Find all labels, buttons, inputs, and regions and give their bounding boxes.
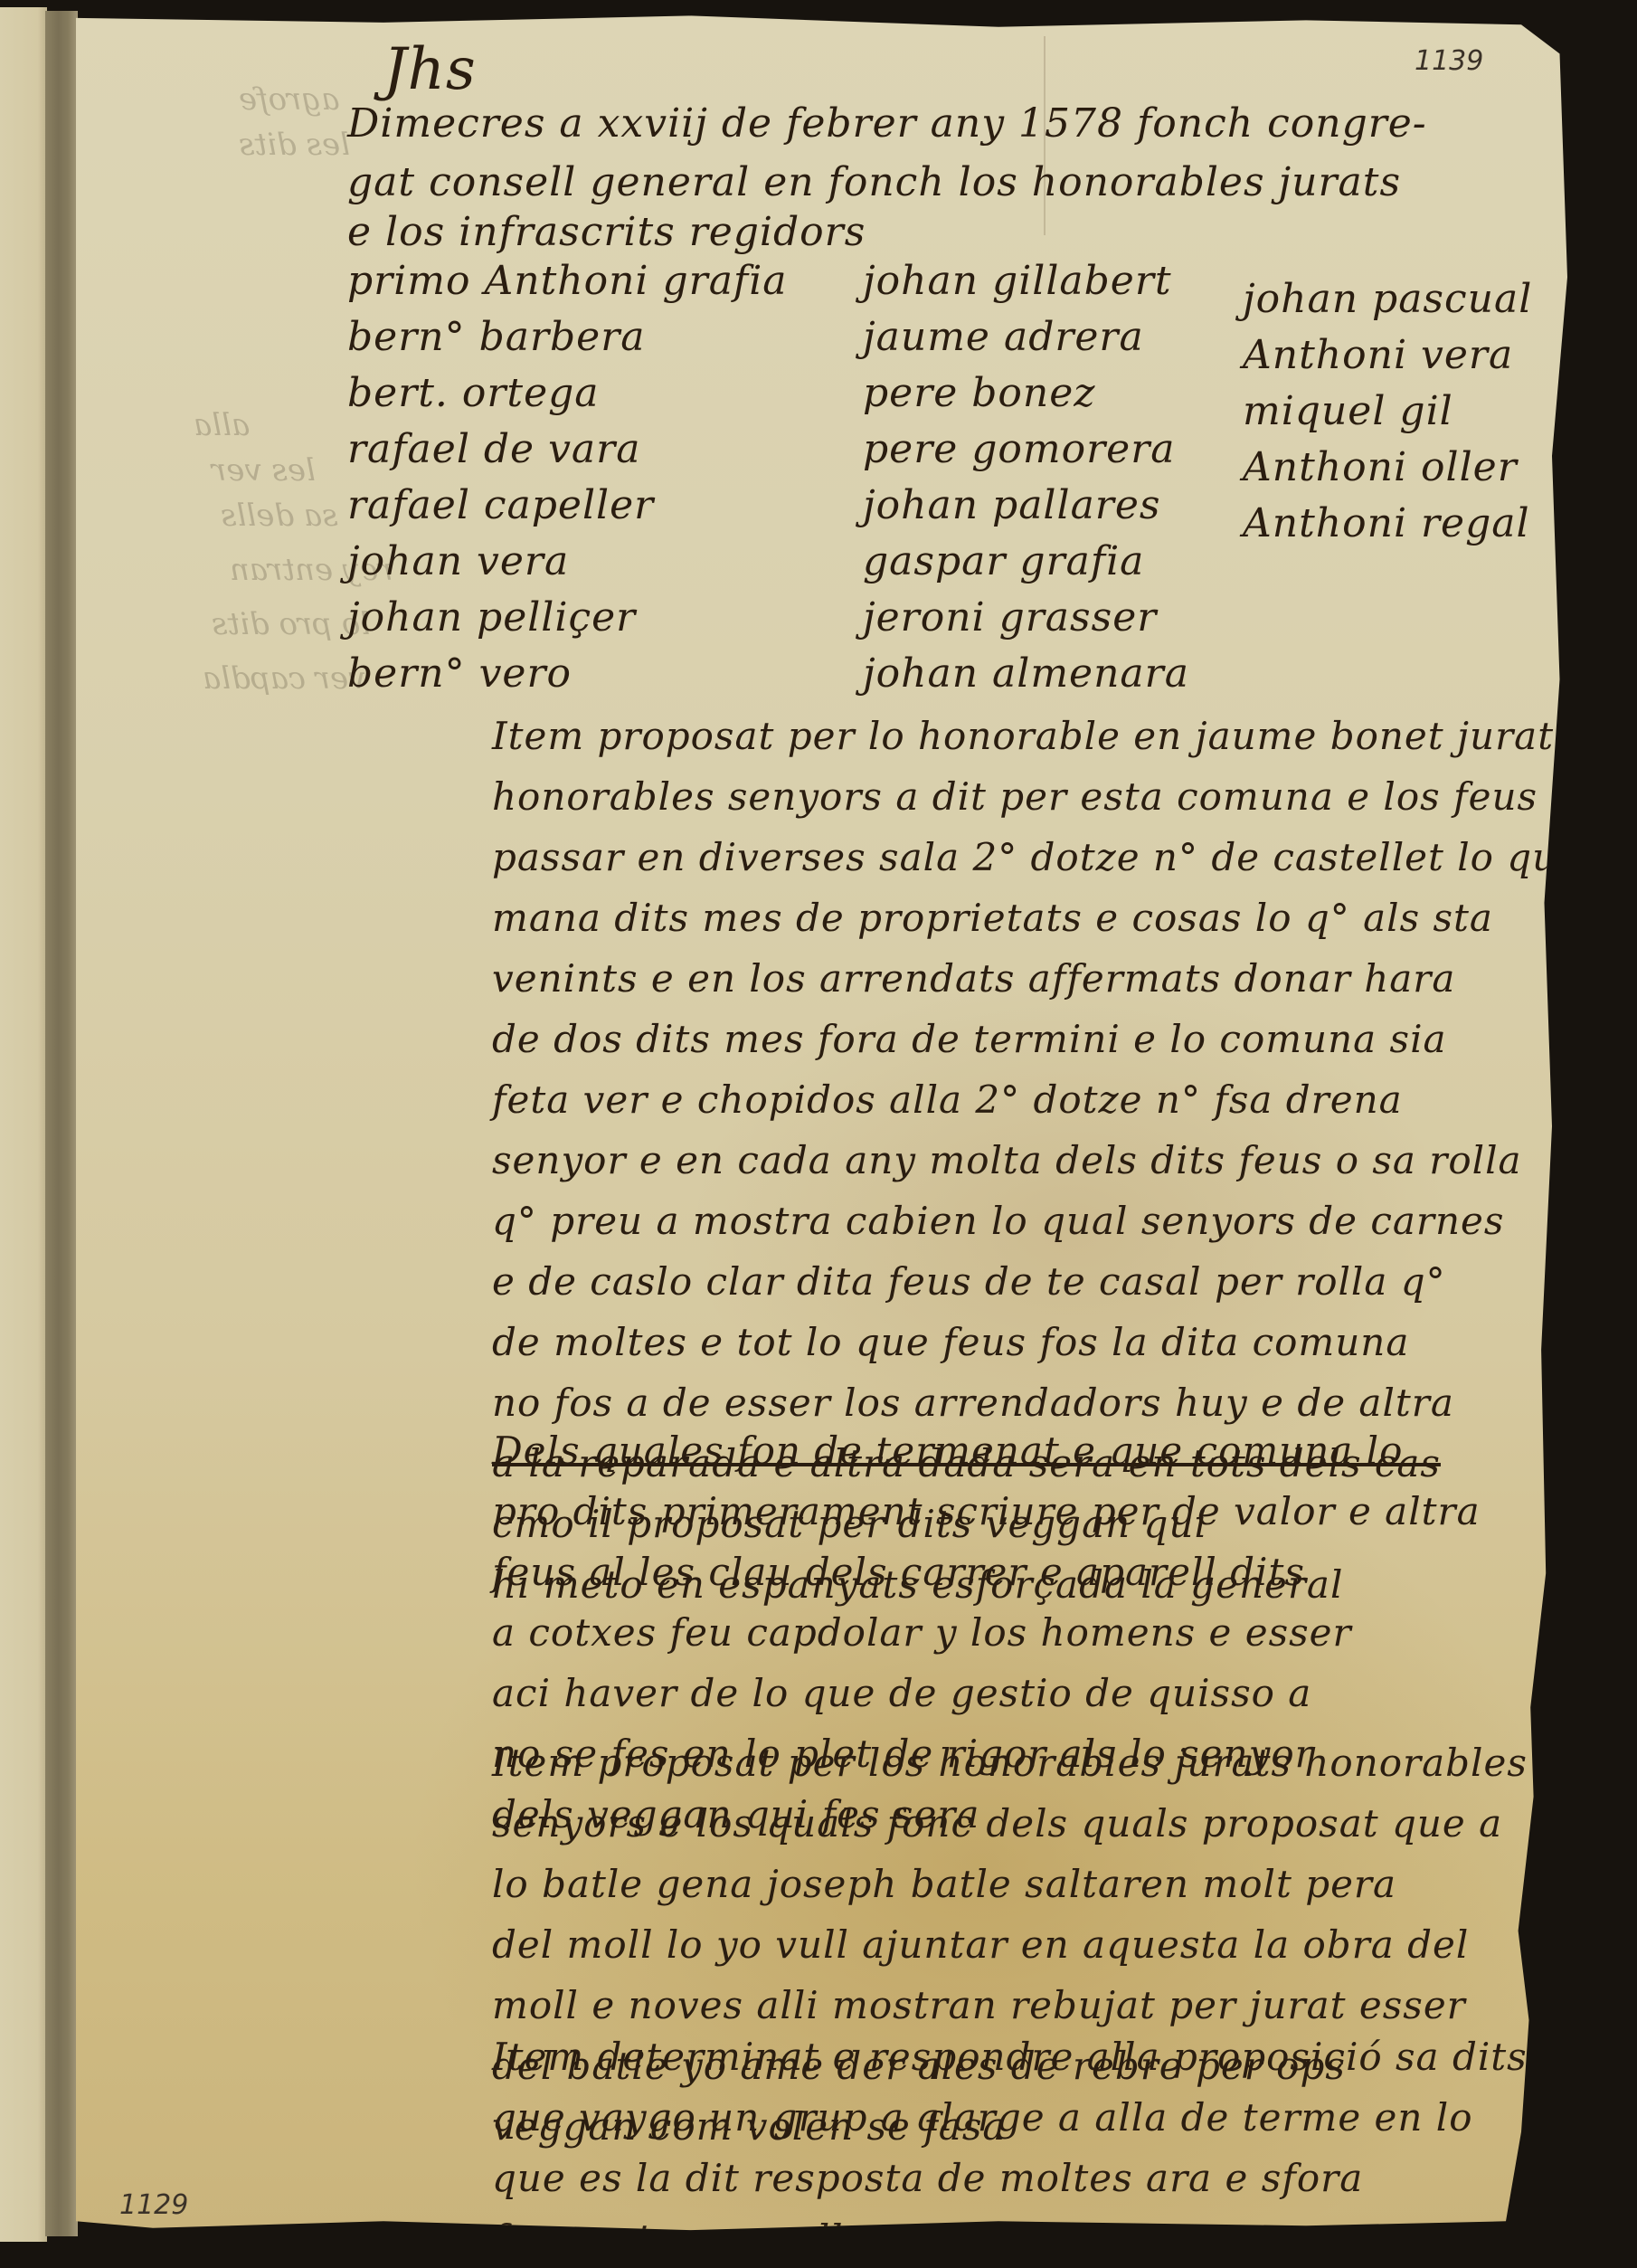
- attendee-name: jeroni grasser: [863, 590, 1189, 646]
- attendee-name: bern° barbera: [347, 309, 788, 365]
- attendee-name: johan pelliçer: [347, 590, 788, 646]
- attendee-column-1: primo Anthoni grafia bern° barbera bert.…: [347, 253, 788, 702]
- bleed-through-text: sa dells: [221, 498, 338, 534]
- attendee-name: bern° vero: [347, 646, 788, 702]
- text-line: mana dits mes de proprietats e cosas lo …: [492, 887, 1577, 948]
- attendee-name: rafael capeller: [347, 478, 788, 534]
- manuscript-leaf: agrofe les dits alla les ver sa dells re…: [76, 9, 1613, 2244]
- text-line: Item proposat per lo honorable en jaume …: [492, 706, 1577, 766]
- text-line: pro dits primerament scriure per de valo…: [492, 1481, 1577, 1542]
- folio-number-top: 1139: [1415, 45, 1483, 77]
- text-line: Item proposat per los honorables jurats …: [492, 1732, 1577, 1793]
- attendee-name: johan gillabert: [863, 253, 1189, 309]
- facing-page-edge: [0, 7, 47, 2242]
- bleed-through-text: alla: [194, 407, 250, 443]
- bleed-through-text: agrofe: [239, 81, 339, 118]
- text-line: que es la dit resposta de moltes ara e s…: [492, 2148, 1577, 2208]
- text-line: a cotxes feu capdolar y los homens e ess…: [492, 1602, 1577, 1663]
- attendee-name: pere gomorera: [863, 422, 1189, 478]
- text-line: feta ver e chopidos alla 2° dotze n° fsa…: [492, 1069, 1577, 1130]
- text-line: fer gent o consellers: [492, 2208, 1577, 2268]
- text-line: aci haver de lo que de gestio de quisso …: [492, 1663, 1577, 1723]
- text-line: de moltes e tot lo que feus fos la dita …: [492, 1312, 1577, 1372]
- attendee-name: rafael de vara: [347, 422, 788, 478]
- attendee-name: Anthoni regal: [1243, 496, 1532, 552]
- text-line: honorables senyors a dit per esta comuna…: [492, 766, 1577, 827]
- bleed-through-text: les dits: [239, 127, 350, 163]
- binding-gutter: [45, 11, 78, 2236]
- text-line: Item determinat e respondre alla proposi…: [492, 2026, 1577, 2087]
- text-line: passar en diverses sala 2° dotze n° de c…: [492, 827, 1577, 887]
- attendee-name: johan almenara: [863, 646, 1189, 702]
- text-line: lo batle gena joseph batle saltaren molt…: [492, 1854, 1577, 1914]
- text-line: q° preu a mostra cabien lo qual senyors …: [492, 1191, 1577, 1251]
- text-line: senyors e los quals fonc dels quals prop…: [492, 1793, 1577, 1854]
- attendee-name: johan vera: [347, 534, 788, 590]
- text-line: venints e en los arrendats affermats don…: [492, 948, 1577, 1009]
- attendee-name: Anthoni vera: [1243, 327, 1532, 384]
- attendee-name: johan pallares: [863, 478, 1189, 534]
- attendee-name: miquel gil: [1243, 384, 1532, 440]
- bleed-through-text: les ver: [212, 452, 316, 489]
- text-line: de dos dits mes fora de termini e lo com…: [492, 1009, 1577, 1069]
- text-line: Dels quales fon de termenat e que comuna…: [492, 1420, 1577, 1481]
- attendee-column-2: johan gillabert jaume adrera pere bonez …: [863, 253, 1189, 702]
- bleed-through-text: lo pro dits: [212, 606, 370, 642]
- attendee-column-3: johan pascual Anthoni vera miquel gil An…: [1243, 271, 1532, 552]
- attendee-name: Anthoni oller: [1243, 440, 1532, 496]
- text-line: del moll lo yo vull ajuntar en aquesta l…: [492, 1914, 1577, 1975]
- bleed-through-text: ver capdla: [203, 660, 365, 697]
- attendee-name: gaspar grafia: [863, 534, 1189, 590]
- text-line: senyor e en cada any molta dels dits feu…: [492, 1130, 1577, 1191]
- header-line: Dimecres a xxviij de febrer any 1578 fon…: [347, 95, 1427, 153]
- folio-number-bottom: 1129: [119, 2189, 188, 2221]
- attendee-name: jaume adrera: [863, 309, 1189, 365]
- attendee-name: bert. ortega: [347, 365, 788, 422]
- text-line: e de caslo clar dita feus de te casal pe…: [492, 1251, 1577, 1312]
- paragraph-resolution-2: Item determinat e respondre alla proposi…: [492, 2026, 1577, 2268]
- attendee-name: johan pascual: [1243, 271, 1532, 327]
- text-line: feus al les clau dels carrer e aparell d…: [492, 1542, 1577, 1602]
- attendee-name: pere bonez: [863, 365, 1189, 422]
- attendee-name: primo Anthoni grafia: [347, 253, 788, 309]
- text-line: que vaygo un grup a alarge a alla de ter…: [492, 2087, 1577, 2148]
- heading-monogram: Jhs: [383, 36, 477, 103]
